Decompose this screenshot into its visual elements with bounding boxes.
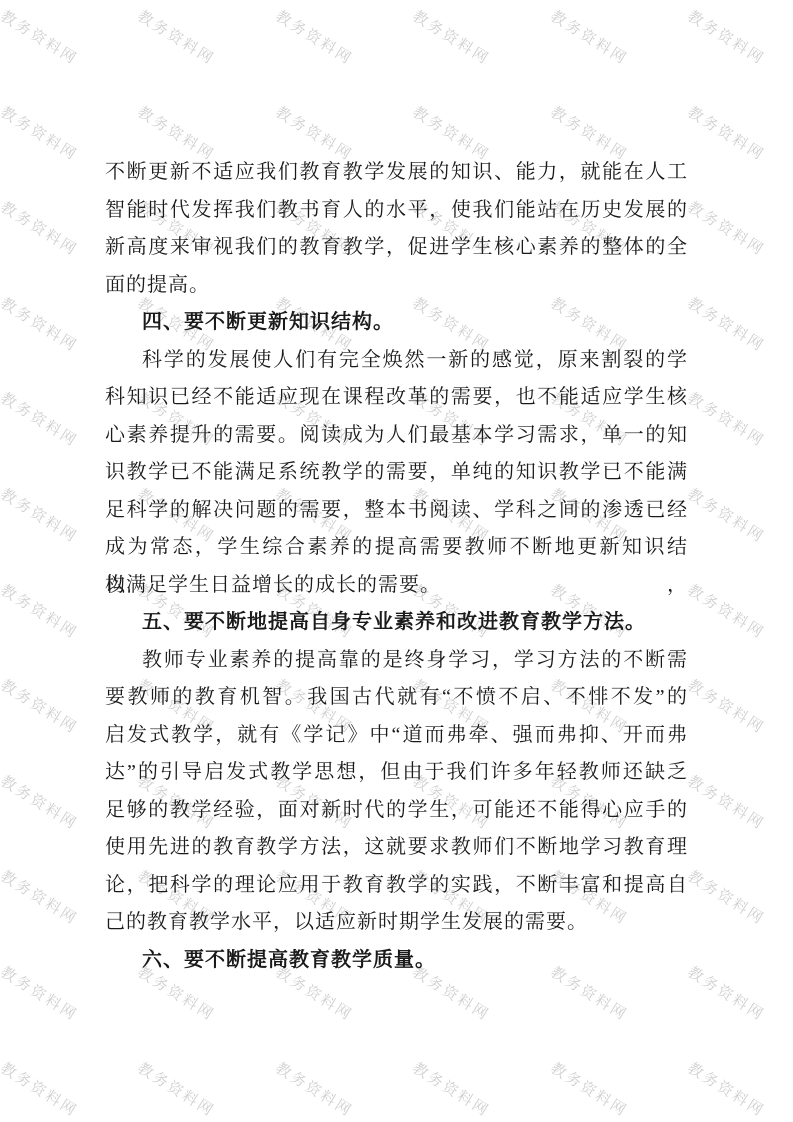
text-line: 使用先进的教育教学方法，这就要求教师们不断地学习教育理	[105, 829, 688, 867]
text-line: 足够的教学经验，面对新时代的学生，可能还不能得心应手的	[105, 792, 688, 830]
watermark-text: 教务资料网	[684, 196, 769, 260]
watermark-text: 教务资料网	[0, 5, 82, 69]
watermark-text: 教务资料网	[684, 961, 769, 1025]
watermark-text: 教务资料网	[134, 5, 219, 69]
watermark-text: 教务资料网	[684, 387, 769, 451]
section-heading: 六、要不断提高教育教学质量。	[105, 942, 688, 980]
text-line: 科知识已经不能适应现在课程改革的需要，也不能适应学生核	[105, 379, 688, 417]
text-line: 不断更新不适应我们教育教学发展的知识、能力，就能在人工	[105, 154, 688, 192]
watermark-text: 教务资料网	[134, 1057, 219, 1121]
text-line: 识教学已不能满足系统教学的需要，单纯的知识教学已不能满	[105, 454, 688, 492]
text-line: 心素养提升的需要。阅读成为人们最基本学习需求，单一的知	[105, 417, 688, 455]
watermark-text: 教务资料网	[684, 865, 769, 929]
watermark-text: 教务资料网	[409, 1057, 494, 1121]
text-line: 达”的引导启发式教学思想，但由于我们许多年轻教师还缺乏	[105, 754, 688, 792]
watermark-text: 教务资料网	[684, 101, 769, 165]
text-line: 新高度来审视我们的教育教学，促进学生核心素养的整体的全	[105, 229, 688, 267]
section-heading: 四、要不断更新知识结构。	[105, 304, 688, 342]
text-line: 智能时代发挥我们教书育人的水平，使我们能站在历史发展的	[105, 192, 688, 230]
text-line: 启发式教学，就有《学记》中“道而弗牵、强而弗抑、开而弗	[105, 717, 688, 755]
watermark-text: 教务资料网	[684, 674, 769, 738]
watermark-text: 教务资料网	[0, 961, 82, 1025]
watermark-text: 教务资料网	[684, 579, 769, 643]
watermark-text: 教务资料网	[546, 5, 631, 69]
text-line: 己的教育教学水平，以适应新时期学生发展的需要。	[105, 904, 688, 942]
document-content: 不断更新不适应我们教育教学发展的知识、能力，就能在人工智能时代发挥我们教书育人的…	[105, 154, 688, 979]
watermark-text: 教务资料网	[684, 770, 769, 834]
text-line: 足科学的解决问题的需要，整本书阅读、学科之间的渗透已经	[105, 492, 688, 530]
document-page: 教务资料网教务资料网教务资料网教务资料网教务资料网教务资料网教务资料网教务资料网…	[0, 0, 793, 1122]
text-line: 成为常态，学生综合素养的提高需要教师不断地更新知识结构，	[105, 529, 688, 567]
text-line: 科学的发展使人们有完全焕然一新的感觉，原来割裂的学	[105, 342, 688, 380]
watermark-text: 教务资料网	[0, 101, 82, 165]
watermark-text: 教务资料网	[0, 483, 82, 547]
watermark-text: 教务资料网	[0, 292, 82, 356]
watermark-text: 教务资料网	[684, 292, 769, 356]
watermark-text: 教务资料网	[546, 1057, 631, 1121]
watermark-text: 教务资料网	[272, 5, 357, 69]
watermark-text: 教务资料网	[0, 387, 82, 451]
watermark-text: 教务资料网	[0, 674, 82, 738]
watermark-text: 教务资料网	[684, 483, 769, 547]
watermark-text: 教务资料网	[684, 5, 769, 69]
text-line: 论，把科学的理论应用于教育教学的实践，不断丰富和提高自	[105, 867, 688, 905]
text-line: 面的提高。	[105, 267, 688, 305]
text-line: 要教师的教育机智。我国古代就有“不愤不启、不悱不发”的	[105, 679, 688, 717]
watermark-text: 教务资料网	[0, 770, 82, 834]
watermark-text: 教务资料网	[272, 1057, 357, 1121]
text-line: 教师专业素养的提高靠的是终身学习，学习方法的不断需	[105, 642, 688, 680]
watermark-text: 教务资料网	[0, 579, 82, 643]
watermark-text: 教务资料网	[0, 865, 82, 929]
watermark-text: 教务资料网	[684, 1057, 769, 1121]
watermark-text: 教务资料网	[409, 5, 494, 69]
watermark-text: 教务资料网	[0, 1057, 82, 1121]
section-heading: 五、要不断地提高自身专业素养和改进教育教学方法。	[105, 604, 688, 642]
watermark-text: 教务资料网	[0, 196, 82, 260]
